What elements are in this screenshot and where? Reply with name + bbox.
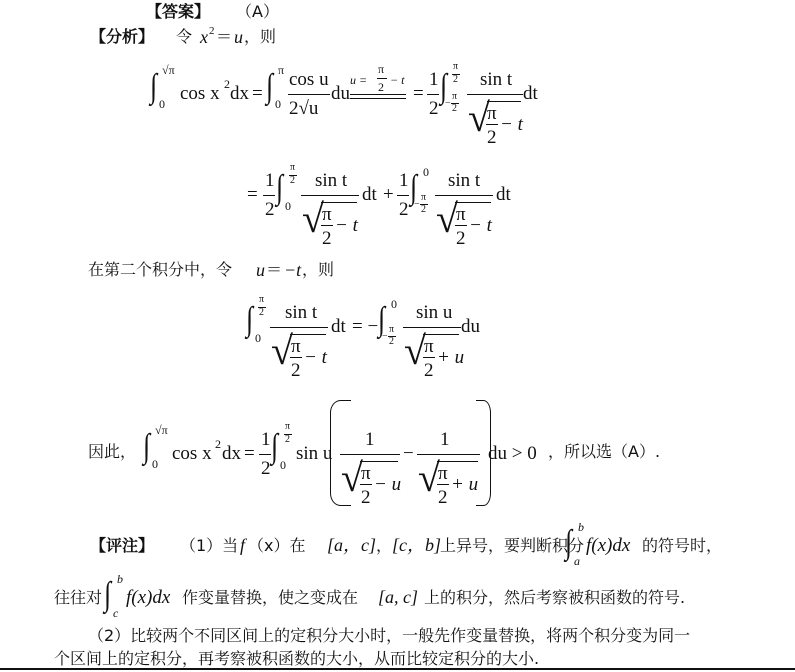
answer-label: 【答案】: [146, 4, 210, 20]
lower-limit: a: [574, 555, 580, 567]
analysis-label: 【分析】: [90, 29, 154, 45]
f1-num: 1: [365, 430, 375, 449]
remark-f: f: [240, 536, 245, 554]
remark-p2-a: 往往对: [54, 590, 102, 606]
upper-limit: √π: [155, 424, 168, 436]
dt: dt: [331, 317, 346, 336]
remark-label: 【评注】: [90, 538, 154, 554]
answer-value: （A）: [236, 4, 279, 20]
den-pi: π: [424, 337, 434, 356]
analysis-intro-pre: 令: [176, 29, 192, 45]
cos-x: cos x: [172, 444, 212, 463]
remark-p3-line2: 个区间上的定积分，再考察被积函数的大小，从而比较定积分的大小.: [54, 651, 539, 667]
integral-sign: ∫: [150, 70, 157, 104]
fraction-bar: [288, 94, 330, 95]
den-2: 2: [291, 361, 301, 380]
sqrt-sign: √: [271, 331, 293, 371]
du: du: [331, 84, 350, 103]
den-rest: − t: [500, 115, 523, 134]
remark-p1-a: （1）当: [180, 538, 238, 554]
den-2: 2: [487, 128, 497, 147]
sqrt-bar: [321, 202, 357, 203]
half-bar: [427, 94, 439, 95]
half-num: 1: [265, 171, 275, 190]
lower-minus: −: [445, 99, 451, 109]
den-bar: [455, 225, 467, 226]
half-den: 2: [265, 200, 275, 219]
sub-pi: π: [378, 63, 384, 75]
du-gt-zero: du > 0: [488, 444, 537, 463]
den-pi: π: [456, 205, 466, 224]
upper-limit: 0: [423, 166, 429, 178]
page-divider: [0, 668, 795, 670]
interval-ac: [a, c]: [378, 588, 418, 606]
den-2: 2: [424, 361, 434, 380]
conclusion-prefix: 因此，: [88, 444, 136, 460]
sub-rest: − t: [390, 74, 404, 86]
sqrt-sign: √: [436, 199, 458, 239]
den-rest: − t: [469, 216, 492, 235]
half-den: 2: [399, 200, 409, 219]
den-rest: − u: [374, 475, 401, 494]
exp-2: 2: [209, 26, 215, 37]
dt: dt: [496, 185, 511, 204]
equals: =: [247, 185, 258, 204]
dx: dx: [222, 444, 241, 463]
den-bar: [290, 357, 302, 358]
sqrt-bar: [487, 101, 521, 102]
var-x: x: [200, 28, 208, 46]
sqrt-sign: √: [341, 458, 363, 498]
remark-p1-e: 的符号时，: [642, 538, 722, 554]
lower-limit: 0: [285, 200, 291, 212]
lower-limit: 0: [152, 458, 158, 470]
integral-sign: ∫: [104, 578, 111, 612]
sqrt-bar: [455, 202, 491, 203]
fraction-numerator: sin t: [315, 171, 347, 190]
sqrt-bar: [290, 334, 326, 335]
fraction-numerator: sin t: [448, 171, 480, 190]
upper-pi: π: [285, 422, 290, 432]
integral-sign: ∫: [565, 526, 572, 560]
den-pi: π: [487, 104, 497, 123]
upper-limit: b: [117, 573, 123, 585]
den-2: 2: [361, 488, 371, 507]
den-rest: − t: [335, 216, 358, 235]
lower-limit: c: [113, 607, 118, 619]
den-bar: [437, 484, 449, 485]
lower-limit: 0: [159, 98, 165, 110]
half-num: 1: [399, 171, 409, 190]
half-num: 1: [429, 70, 439, 89]
den-pi: π: [438, 464, 448, 483]
double-bar-bottom: [350, 98, 406, 99]
fraction-denominator: 2√u: [289, 99, 318, 118]
sub-bar: [377, 78, 387, 79]
den-rest: − t: [304, 348, 327, 367]
upper-2: 2: [453, 75, 458, 85]
upper-limit: b: [578, 521, 584, 533]
integral-sign: ∫: [276, 171, 283, 205]
double-bar-top: [350, 94, 406, 95]
den-bar: [486, 124, 498, 125]
second-integral-text: 在第二个积分中，令: [88, 262, 232, 278]
remark-p3-line1: （2）比较两个不同区间上的定积分大小时，一般先作变量替换，将两个积分变为同一: [88, 628, 690, 644]
integral-sign: ∫: [143, 430, 150, 464]
upper-2: 2: [285, 435, 290, 445]
upper-limit: 0: [391, 298, 397, 310]
fx-dx: f(x)dx: [586, 536, 630, 555]
interval-ac: [a，c]: [327, 536, 376, 554]
lower-pi: π: [452, 92, 457, 102]
integral-sign: ∫: [271, 430, 278, 464]
exp-2: 2: [215, 438, 221, 450]
lower-minus: −: [382, 332, 388, 342]
lower-minus: −: [414, 200, 420, 210]
equals-minus: = −: [352, 317, 378, 336]
second-integral-post: ，则: [302, 262, 334, 278]
eq-sign: ＝: [216, 29, 232, 45]
lower-limit: 0: [275, 98, 281, 110]
remark-p1-b: （x）在: [248, 538, 305, 554]
half-den: 2: [261, 459, 271, 478]
remark-p1-d: 上异号，要判断积分: [440, 538, 584, 554]
var-u: u: [234, 28, 243, 46]
half-den: 2: [429, 99, 439, 118]
fraction-numerator: sin t: [480, 70, 512, 89]
half-num: 1: [261, 430, 271, 449]
upper-pi: π: [259, 295, 264, 305]
lower-pi: π: [389, 325, 394, 335]
analysis-intro-post: ，则: [244, 29, 276, 45]
den-bar: [423, 357, 435, 358]
half-bar: [397, 195, 409, 196]
den-2: 2: [438, 488, 448, 507]
sqrt-bar: [423, 334, 459, 335]
sqrt-bar: [437, 461, 478, 462]
upper-2: 2: [259, 308, 264, 318]
eq-sign: ＝: [266, 262, 282, 278]
sin-u: sin u: [296, 444, 332, 463]
den-2: 2: [322, 229, 332, 248]
sqrt-bar: [360, 461, 398, 462]
upper-limit: √π: [162, 64, 175, 76]
sqrt-sign: √: [404, 331, 426, 371]
den-bar: [321, 225, 333, 226]
lower-pi: π: [421, 193, 426, 203]
comma: ，: [376, 538, 392, 554]
sub-2: 2: [378, 81, 384, 93]
neg-t: −t: [284, 261, 301, 279]
lower-2: 2: [389, 337, 394, 347]
upper-limit: π: [278, 64, 284, 76]
lower-2: 2: [452, 104, 457, 114]
upper-pi: π: [290, 163, 295, 173]
fx-dx: f(x)dx: [126, 588, 170, 607]
sqrt-sign: √: [418, 458, 440, 498]
substitution-u: u =: [350, 74, 367, 86]
den-rest: + u: [437, 348, 464, 367]
interval-cb: [c，b]: [392, 536, 441, 554]
plus: +: [383, 185, 394, 204]
den-2: 2: [456, 229, 466, 248]
f2-num: 1: [440, 430, 450, 449]
lower-limit: 0: [255, 332, 261, 344]
den-rest: + u: [451, 475, 478, 494]
half-bar: [263, 195, 275, 196]
half-bar: [259, 454, 271, 455]
integral-sign: ∫: [246, 303, 253, 337]
integral-sign: ∫: [266, 70, 273, 104]
upper-pi: π: [453, 62, 458, 72]
equals: =: [252, 84, 263, 103]
conclusion-suffix: ，所以选（A）.: [548, 444, 660, 460]
remark-p2-c: 上的积分，然后考察被积函数的符号.: [424, 590, 685, 606]
den-bar: [360, 484, 372, 485]
upper-2: 2: [290, 176, 295, 186]
lower-limit: 0: [280, 459, 286, 471]
du: du: [461, 317, 480, 336]
den-pi: π: [291, 337, 301, 356]
var-u: u: [256, 261, 265, 279]
fraction-numerator: sin t: [285, 303, 317, 322]
remark-p2-b: 作变量替换，使之变成在: [182, 590, 358, 606]
den-pi: π: [361, 464, 371, 483]
dx: dx: [230, 84, 249, 103]
minus: −: [403, 444, 414, 463]
dt: dt: [523, 84, 538, 103]
lower-2: 2: [421, 205, 426, 215]
fraction-numerator: sin u: [416, 303, 452, 322]
dt: dt: [362, 185, 377, 204]
equals: =: [244, 444, 255, 463]
cos-x: cos x: [180, 84, 220, 103]
equals: =: [413, 84, 424, 103]
den-pi: π: [322, 205, 332, 224]
fraction-numerator: cos u: [289, 70, 329, 89]
sqrt-sign: √: [302, 199, 324, 239]
